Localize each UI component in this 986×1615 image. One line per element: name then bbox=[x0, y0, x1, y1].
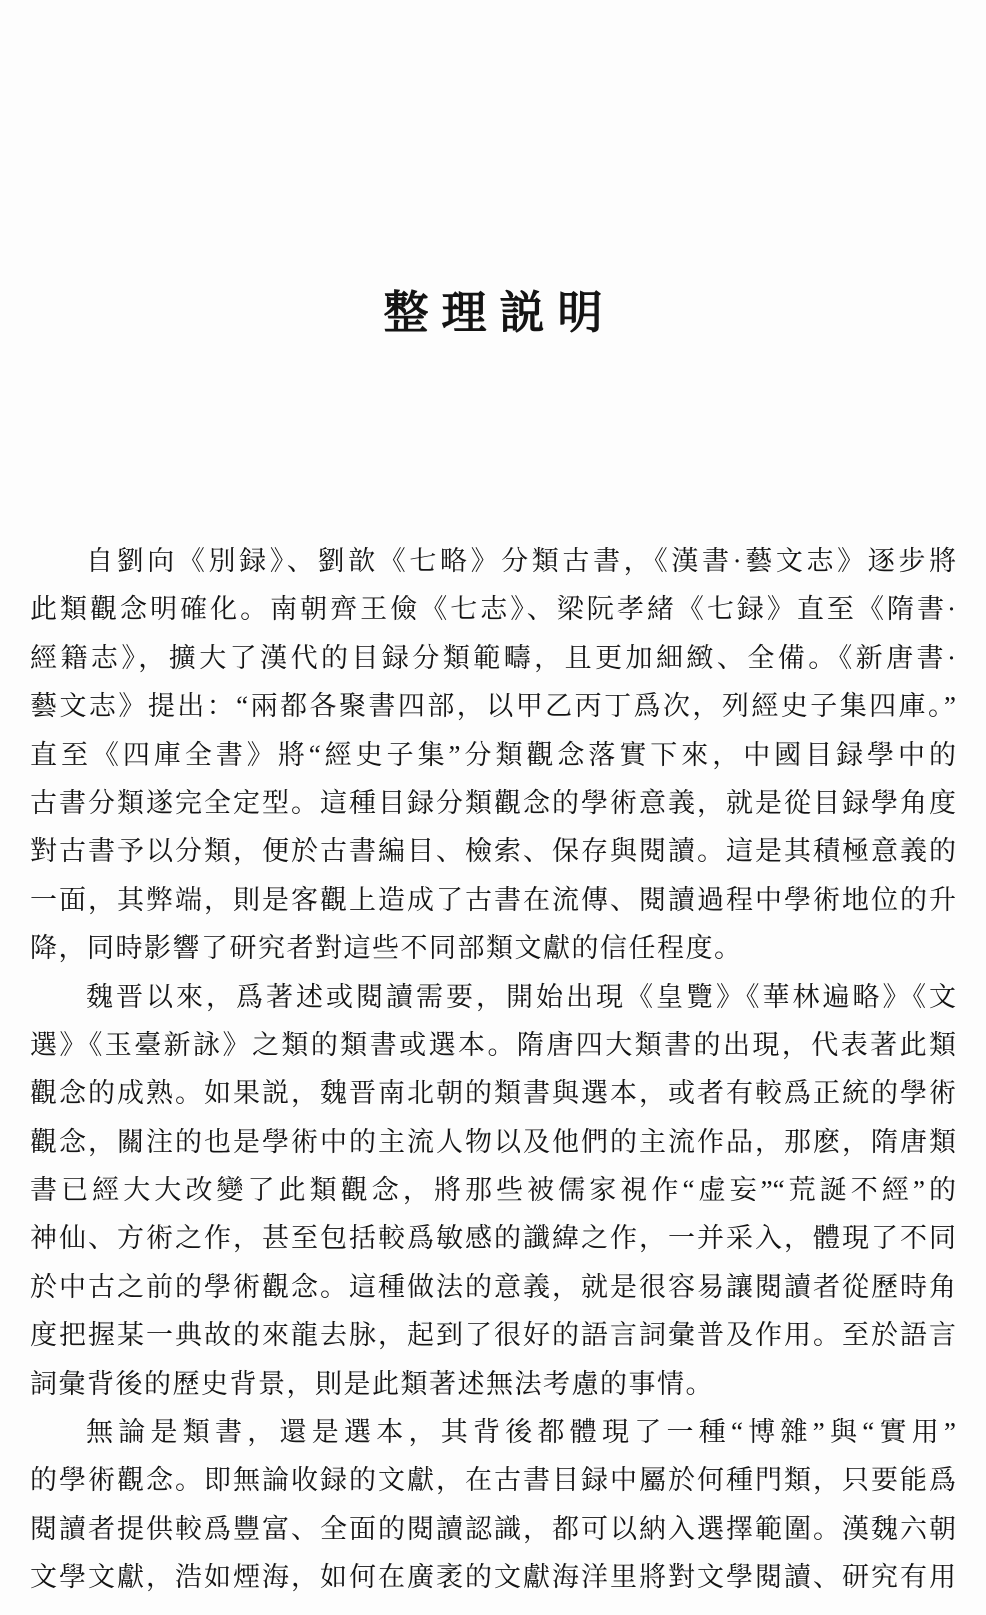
text-line: 降，同時影響了研究者對這些不同部類文獻的信任程度。 bbox=[30, 924, 956, 972]
body-text: 自劉向《別録》、劉歆《七略》分類古書，《漢書·藝文志》逐步將 此類觀念明確化。南… bbox=[30, 537, 956, 1602]
text-line: 觀念的成熟。如果説，魏晋南北朝的類書與選本，或者有較爲正統的學術 bbox=[30, 1069, 956, 1117]
text-line: 此類觀念明確化。南朝齊王儉《七志》、梁阮孝緒《七録》直至《隋書· bbox=[30, 585, 956, 633]
text-line: 神仙、方術之作，甚至包括較爲敏感的讖緯之作，一并采入，體現了不同 bbox=[30, 1214, 956, 1262]
text-line: 一面，其弊端，則是客觀上造成了古書在流傳、閱讀過程中學術地位的升 bbox=[30, 876, 956, 924]
text-line: 自劉向《別録》、劉歆《七略》分類古書，《漢書·藝文志》逐步將 bbox=[30, 537, 956, 585]
book-page: 整理説明 自劉向《別録》、劉歆《七略》分類古書，《漢書·藝文志》逐步將 此類觀念… bbox=[0, 0, 986, 1615]
text-line: 對古書予以分類，便於古書編目、檢索、保存與閱讀。這是其積極意義的 bbox=[30, 827, 956, 875]
page-title: 整理説明 bbox=[0, 288, 986, 338]
text-line: 經籍志》，擴大了漢代的目録分類範疇，且更加細緻、全備。《新唐書· bbox=[30, 634, 956, 682]
text-line: 度把握某一典故的來龍去脉，起到了很好的語言詞彙普及作用。至於語言 bbox=[30, 1311, 956, 1359]
text-line: 直至《四庫全書》將“經史子集”分類觀念落實下來，中國目録學中的 bbox=[30, 731, 956, 779]
text-line: 於中古之前的學術觀念。這種做法的意義，就是很容易讓閱讀者從歷時角 bbox=[30, 1263, 956, 1311]
text-line: 古書分類遂完全定型。這種目録分類觀念的學術意義，就是從目録學角度 bbox=[30, 779, 956, 827]
text-line: 觀念，關注的也是學術中的主流人物以及他們的主流作品，那麽，隋唐類 bbox=[30, 1118, 956, 1166]
text-line: 無論是類書，還是選本，其背後都體現了一種“博雜”與“實用” bbox=[30, 1408, 956, 1456]
text-line: 文學文獻，浩如煙海，如何在廣袤的文獻海洋里將對文學閱讀、研究有用 bbox=[30, 1553, 956, 1601]
text-line: 書已經大大改變了此類觀念，將那些被儒家視作“虚妄”“荒誕不經”的 bbox=[30, 1166, 956, 1214]
text-line: 魏晋以來，爲著述或閱讀需要，開始出現《皇覽》《華林遍略》《文 bbox=[30, 973, 956, 1021]
text-line: 藝文志》提出：“兩都各聚書四部，以甲乙丙丁爲次，列經史子集四庫。” bbox=[30, 682, 956, 730]
text-line: 選》《玉臺新詠》之類的類書或選本。隋唐四大類書的出現，代表著此類 bbox=[30, 1021, 956, 1069]
text-line: 詞彙背後的歷史背景，則是此類著述無法考慮的事情。 bbox=[30, 1360, 956, 1408]
text-line: 的學術觀念。即無論收録的文獻，在古書目録中屬於何種門類，只要能爲 bbox=[30, 1456, 956, 1504]
text-line: 閱讀者提供較爲豐富、全面的閱讀認識，都可以納入選擇範圍。漢魏六朝 bbox=[30, 1505, 956, 1553]
